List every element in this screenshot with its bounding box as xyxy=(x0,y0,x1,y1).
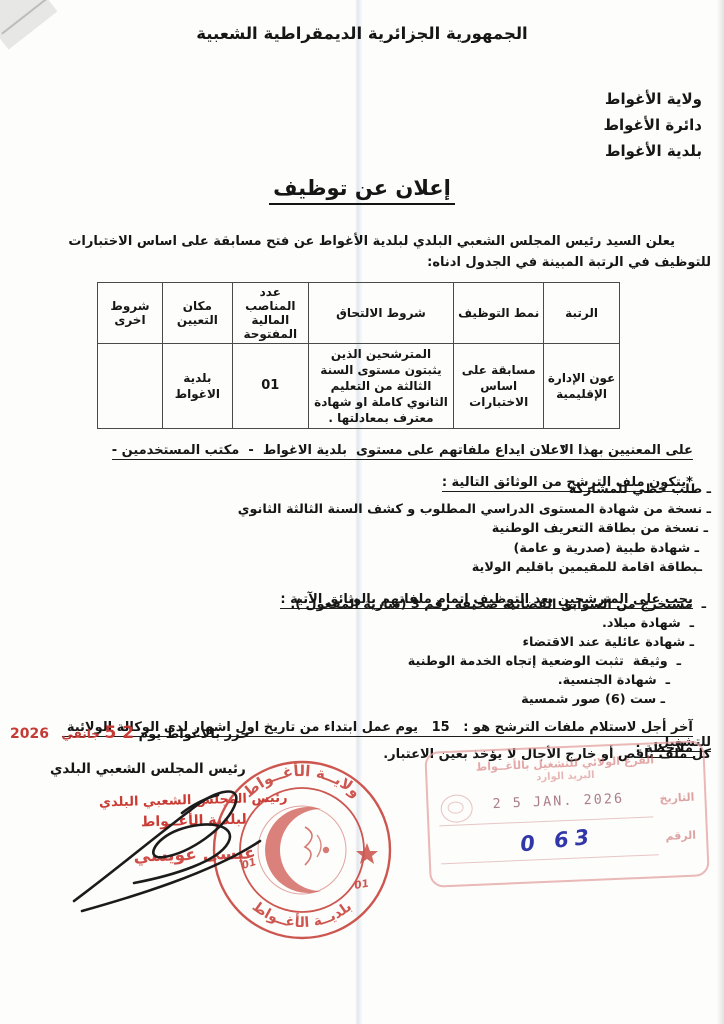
intro-paragraph: يعلن السيد رئيس المجلس الشعبي البلدي لبل… xyxy=(30,231,711,273)
file-doc-item: ـ نسخة من بطاقة التعريف الوطنية xyxy=(20,519,711,539)
stray-dot-artifact xyxy=(562,445,565,448)
header-location: مكان التعيين xyxy=(162,283,232,344)
file-doc-item: ـ طلب خطي للمشاركة xyxy=(20,480,711,500)
post-doc-item: ـ شهادة عائلية عند الاقتضاء xyxy=(20,634,711,653)
file-doc-item: ـ شهادة طبية (صدرية و عامة) xyxy=(20,539,711,559)
registry-number-row: الرقم 0 63 xyxy=(430,822,707,868)
issue-date-year-stamp: 2026 xyxy=(10,726,49,742)
handwritten-signature xyxy=(62,769,312,919)
registry-date-label: التاريخ xyxy=(659,791,694,805)
issue-date-prefix: حرر بالأغواط يوم xyxy=(139,727,250,742)
post-doc-item: ـ مستخرج من السوابق القضائية صحيفة رقم 3… xyxy=(20,596,711,615)
table-row: عون الإدارة الإقليمية مسابقة على اساس ال… xyxy=(98,344,620,429)
post-doc-item: ـ شهادة ميلاد. xyxy=(20,615,711,634)
cell-other xyxy=(98,344,163,429)
authority-wilaya: ولاية الأغواط xyxy=(603,86,702,112)
round-stamp-number-right: 01 xyxy=(353,878,369,892)
cell-rank: عون الإدارة الإقليمية xyxy=(544,344,620,429)
cell-conditions: المترشحين الذين يثبتون مستوى السنة الثال… xyxy=(308,344,454,429)
file-doc-item: ـبطاقة اقامة للمقيمين باقليم الولاية xyxy=(20,558,711,578)
file-docs-list: ـ طلب خطي للمشاركة ـ نسخة من شهادة المست… xyxy=(20,480,711,578)
registry-number-label: الرقم xyxy=(665,829,696,843)
cell-mode: مسابقة على اساس الاختبارات xyxy=(454,344,544,429)
announcement-title-wrap: إعلان عن توظيف xyxy=(0,176,724,205)
table-header-row: الرتبة نمط التوظيف شروط الالتحاق عدد الم… xyxy=(98,283,620,344)
header-other: شروط اخرى xyxy=(98,283,163,344)
registry-stamp: الفرع الولائي للتشغيل بالأغــواط البريد … xyxy=(424,740,709,888)
cell-location: بلدية الاغواط xyxy=(162,344,232,429)
issue-date-day-stamp: 2 5 xyxy=(104,723,134,743)
date-stamp-value: 2 5 JAN. 2026 xyxy=(492,791,624,812)
authority-baladia: بلدية الأغواط xyxy=(603,138,702,164)
post-doc-item: ـ وثيقة تثبت الوضعية إتجاه الخدمة الوطني… xyxy=(20,653,711,672)
header-positions: عدد المناصب المالية المفتوحة xyxy=(232,283,308,344)
file-doc-item: ـ نسخة من شهادة المستوى الدراسي المطلوب … xyxy=(20,500,711,520)
issue-date-line: حرر بالأغواط يوم 2 5 جانفي 2026 xyxy=(10,723,295,743)
registry-divider xyxy=(441,854,659,864)
registry-logo-icon xyxy=(440,794,473,823)
issue-date-month-stamp: جانفي xyxy=(62,727,100,741)
cell-positions: 01 xyxy=(232,344,308,429)
scan-edge-shadow xyxy=(717,0,724,1024)
authority-block: ولاية الأغواط دائرة الأغواط بلدية الأغوا… xyxy=(603,86,702,164)
registry-date-row: التاريخ 2 5 JAN. 2026 xyxy=(428,782,705,828)
recruitment-table: الرتبة نمط التوظيف شروط الالتحاق عدد الم… xyxy=(97,282,620,429)
authority-daira: دائرة الأغواط xyxy=(603,112,702,138)
registry-number-value: 0 63 xyxy=(519,824,596,856)
announcement-title: إعلان عن توظيف xyxy=(269,176,455,205)
republic-header: الجمهورية الجزائرية الديمقراطية الشعبية xyxy=(0,24,724,43)
post-doc-item: ـ شهادة الجنسية. xyxy=(20,672,711,691)
scanned-document-page: الجمهورية الجزائرية الديمقراطية الشعبية … xyxy=(0,0,724,1024)
star-icon xyxy=(356,843,378,864)
header-mode: نمط التوظيف xyxy=(454,283,544,344)
header-conditions: شروط الالتحاق xyxy=(308,283,454,344)
post-docs-list: ـ مستخرج من السوابق القضائية صحيفة رقم 3… xyxy=(20,596,711,709)
header-rank: الرتبة xyxy=(544,283,620,344)
